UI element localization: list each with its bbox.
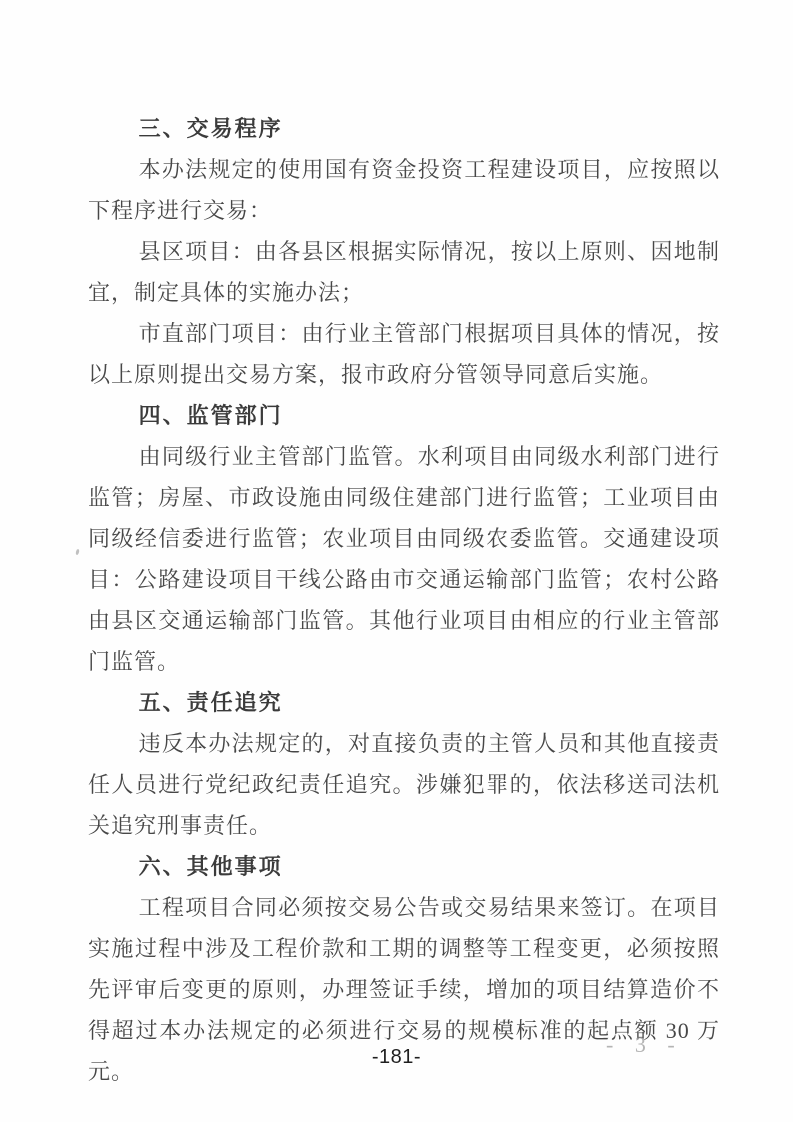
section-accountability: 五、责任追究 违反本办法规定的，对直接负责的主管人员和其他直接责任人员进行党纪政…: [88, 682, 720, 846]
document-body: 三、交易程序 本办法规定的使用国有资金投资工程建设项目，应按照以下程序进行交易：…: [88, 108, 720, 1092]
section-supervision-departments: 四、监管部门 由同级行业主管部门监管。水利项目由同级水利部门进行监管；房屋、市政…: [88, 395, 720, 682]
scanned-page-number: - 3 -: [606, 1032, 683, 1058]
section-heading: 三、交易程序: [88, 108, 720, 149]
paragraph: 本办法规定的使用国有资金投资工程建设项目，应按照以下程序进行交易：: [88, 149, 720, 231]
paragraph: 由同级行业主管部门监管。水利项目由同级水利部门进行监管；房屋、市政设施由同级住建…: [88, 436, 720, 682]
paragraph: 违反本办法规定的，对直接负责的主管人员和其他直接责任人员进行党纪政纪责任追究。涉…: [88, 723, 720, 846]
document-page: 三、交易程序 本办法规定的使用国有资金投资工程建设项目，应按照以下程序进行交易：…: [0, 0, 793, 1122]
section-heading: 六、其他事项: [88, 846, 720, 887]
paragraph: 县区项目：由各县区根据实际情况，按以上原则、因地制宜，制定具体的实施办法；: [88, 231, 720, 313]
section-transaction-procedure: 三、交易程序 本办法规定的使用国有资金投资工程建设项目，应按照以下程序进行交易：…: [88, 108, 720, 395]
scan-speck-artifact: [75, 549, 79, 556]
paragraph: 市直部门项目：由行业主管部门根据项目具体的情况，按以上原则提出交易方案，报市政府…: [88, 313, 720, 395]
section-heading: 四、监管部门: [88, 395, 720, 436]
section-heading: 五、责任追究: [88, 682, 720, 723]
